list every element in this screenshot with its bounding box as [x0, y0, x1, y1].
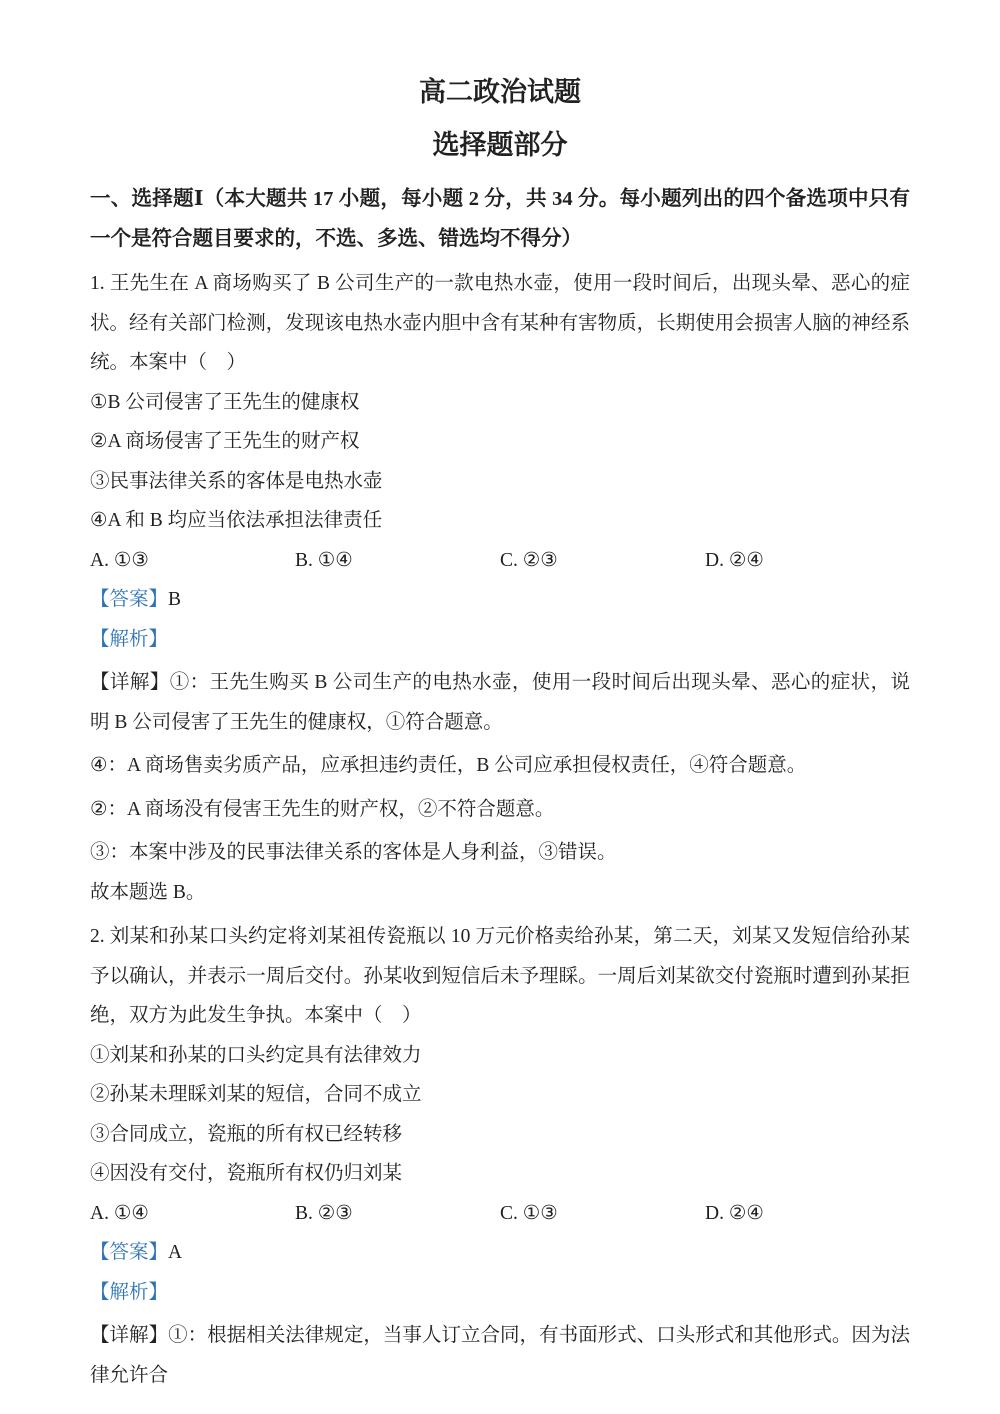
question-2-option-b: B. ②③: [295, 1194, 500, 1234]
question-1-option-c: C. ②③: [500, 541, 705, 581]
question-2-statement-4: ④因没有交付，瓷瓶所有权仍归刘某: [90, 1154, 910, 1194]
question-1-explanation-2: ④：A 商场售卖劣质产品，应承担违约责任，B 公司应承担侵权责任，④符合题意。: [90, 746, 910, 786]
question-1-explanation-1-text: ①：王先生购买 B 公司生产的电热水壶，使用一段时间后出现头晕、恶心的症状，说明…: [90, 672, 910, 733]
question-1-option-a: A. ①③: [90, 541, 295, 581]
question-1-statement-4: ④A 和 B 均应当依法承担法律责任: [90, 501, 910, 541]
section-heading: 一、选择题Ⅰ（本大题共 17 小题，每小题 2 分，共 34 分。每小题列出的四…: [90, 180, 910, 259]
question-2-explanation-1-text: ①：根据相关法律规定，当事人订立合同，有书面形式、口头形式和其他形式。因为法律允…: [90, 1325, 910, 1386]
question-1-answer-line: 【答案】B: [90, 580, 910, 620]
question-1-option-b: B. ①④: [295, 541, 500, 581]
question-1-answer-value: B: [168, 589, 181, 610]
question-2-option-d: D. ②④: [705, 1194, 910, 1234]
question-2-options-row: A. ①④ B. ②③ C. ①③ D. ②④: [90, 1194, 910, 1234]
question-1-statement-2: ②A 商场侵害了王先生的财产权: [90, 422, 910, 462]
question-2-answer-line: 【答案】A: [90, 1233, 910, 1273]
detail-label: 【详解】: [90, 1325, 168, 1346]
question-1-option-d: D. ②④: [705, 541, 910, 581]
answer-label: 【答案】: [90, 589, 168, 610]
page-subtitle: 选择题部分: [90, 125, 910, 165]
question-2-option-a: A. ①④: [90, 1194, 295, 1234]
answer-label: 【答案】: [90, 1242, 168, 1263]
question-1-explanation-3: ②：A 商场没有侵害王先生的财产权，②不符合题意。: [90, 790, 910, 830]
question-2-analysis-label: 【解析】: [90, 1273, 910, 1313]
question-block-1: 1. 王先生在 A 商场购买了 B 公司生产的一款电热水壶，使用一段时间后，出现…: [90, 264, 910, 912]
question-2-explanation-1: 【详解】①：根据相关法律规定，当事人订立合同，有书面形式、口头形式和其他形式。因…: [90, 1316, 910, 1395]
question-2-stem: 2. 刘某和孙某口头约定将刘某祖传瓷瓶以 10 万元价格卖给孙某，第二天，刘某又…: [90, 917, 910, 1036]
question-2-statement-1: ①刘某和孙某的口头约定具有法律效力: [90, 1036, 910, 1076]
question-2-option-c: C. ①③: [500, 1194, 705, 1234]
question-1-options-row: A. ①③ B. ①④ C. ②③ D. ②④: [90, 541, 910, 581]
question-1-explanation-4: ③：本案中涉及的民事法律关系的客体是人身利益，③错误。: [90, 833, 910, 873]
exam-document: 高二政治试题 选择题部分 一、选择题Ⅰ（本大题共 17 小题，每小题 2 分，共…: [0, 0, 1000, 1414]
question-2-answer-value: A: [168, 1242, 182, 1263]
question-2-statement-3: ③合同成立，瓷瓶的所有权已经转移: [90, 1115, 910, 1155]
detail-label: 【详解】: [90, 672, 170, 693]
question-1-analysis-label: 【解析】: [90, 620, 910, 660]
question-1-statement-1: ①B 公司侵害了王先生的健康权: [90, 383, 910, 423]
page-title: 高二政治试题: [90, 72, 910, 112]
question-2-statement-2: ②孙某未理睬刘某的短信，合同不成立: [90, 1075, 910, 1115]
question-1-statement-3: ③民事法律关系的客体是电热水壶: [90, 462, 910, 502]
question-1-stem: 1. 王先生在 A 商场购买了 B 公司生产的一款电热水壶，使用一段时间后，出现…: [90, 264, 910, 383]
question-block-2: 2. 刘某和孙某口头约定将刘某祖传瓷瓶以 10 万元价格卖给孙某，第二天，刘某又…: [90, 917, 910, 1395]
question-1-explanation-1: 【详解】①：王先生购买 B 公司生产的电热水壶，使用一段时间后出现头晕、恶心的症…: [90, 663, 910, 742]
question-1-conclusion: 故本题选 B。: [90, 873, 910, 913]
